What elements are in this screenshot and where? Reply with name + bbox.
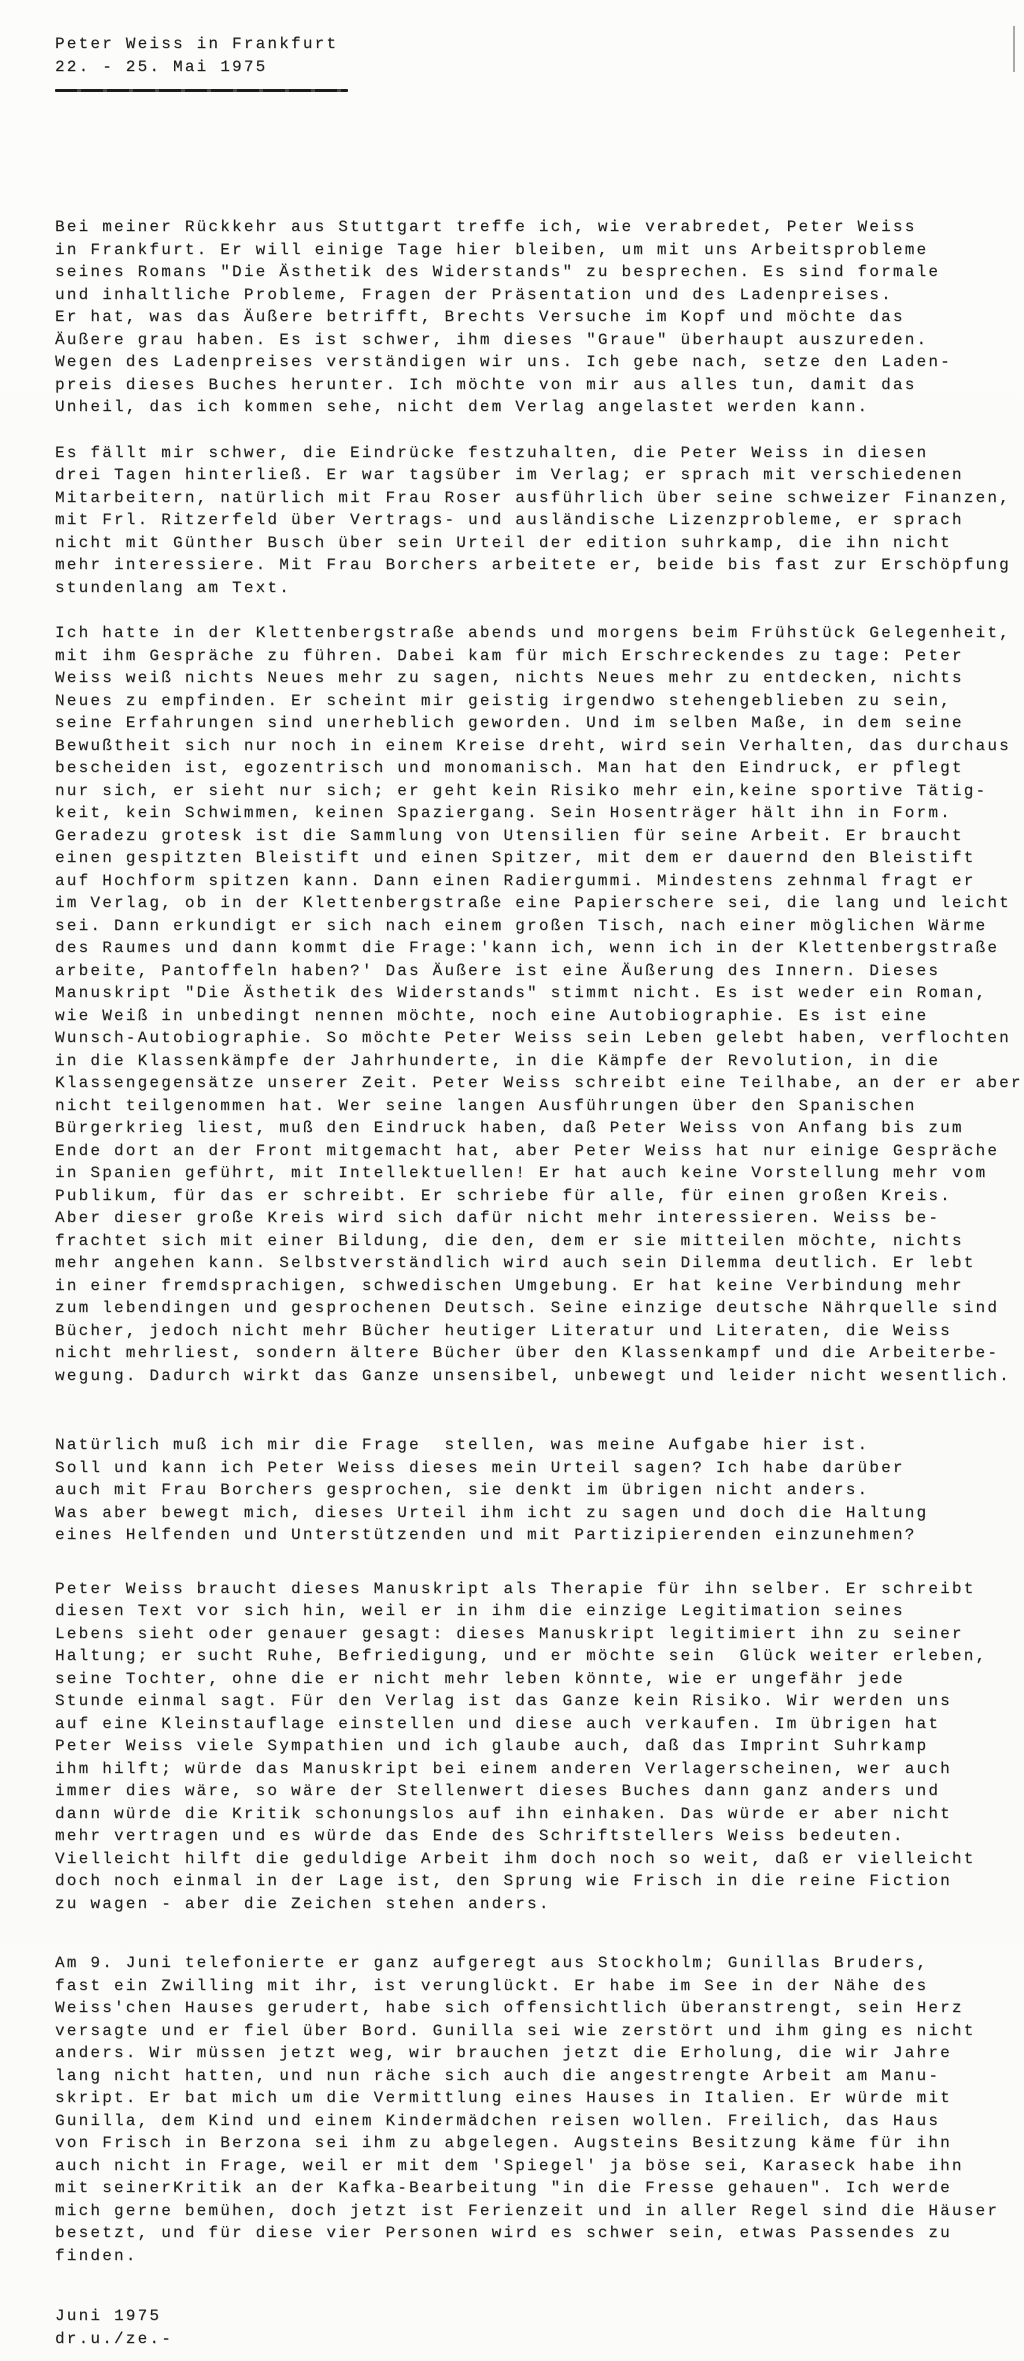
paragraph-3: Ich hatte in der Klettenbergstraße abend… xyxy=(55,622,1004,1387)
paragraph-6: Am 9. Juni telefonierte er ganz aufgereg… xyxy=(55,1952,1004,2267)
paragraph-5: Peter Weiss braucht dieses Manuskript al… xyxy=(55,1578,1004,1916)
document-date-range: 22. - 25. Mai 1975 xyxy=(55,56,1004,79)
paragraph-1: Bei meiner Rückkehr aus Stuttgart treffe… xyxy=(55,216,1004,419)
scan-edge-mark xyxy=(1013,26,1015,72)
paragraph-4: Natürlich muß ich mir die Frage stellen,… xyxy=(55,1434,1004,1547)
footer-date: Juni 1975 xyxy=(55,2305,1004,2328)
document-title: Peter Weiss in Frankfurt xyxy=(55,33,1004,56)
title-underline xyxy=(55,89,348,92)
typewritten-page: Peter Weiss in Frankfurt 22. - 25. Mai 1… xyxy=(0,0,1024,2361)
document-header: Peter Weiss in Frankfurt 22. - 25. Mai 1… xyxy=(55,33,1004,92)
document-footer: Juni 1975 dr.u./ze.- xyxy=(55,2305,1004,2350)
paragraph-2: Es fällt mir schwer, die Eindrücke festz… xyxy=(55,442,1004,600)
footer-initials: dr.u./ze.- xyxy=(55,2328,1004,2351)
